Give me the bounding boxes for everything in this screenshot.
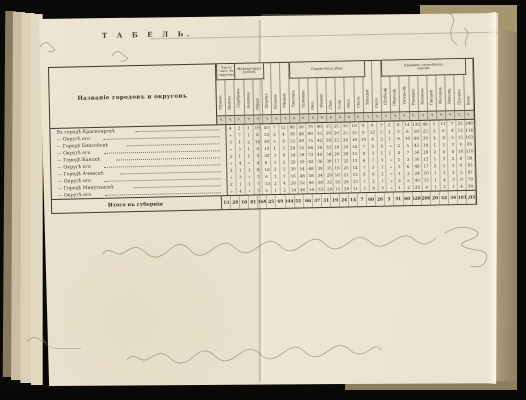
unit-cell: Ч. xyxy=(437,111,446,119)
frame-right xyxy=(517,0,526,400)
data-cell: 14 xyxy=(290,187,299,194)
unit-cell: Ч. xyxy=(465,111,474,119)
unit-cell: К. xyxy=(327,114,336,122)
column-group-header: Справочныя цѣны xyxy=(289,61,365,79)
data-cell: 31 xyxy=(394,192,403,205)
data-cell: 25 xyxy=(267,195,276,208)
corner-header-label: Названіе городовъ и округовъ xyxy=(78,91,188,101)
data-cell: 52 xyxy=(294,194,303,207)
data-cell: 31 xyxy=(322,194,331,207)
data-cell: 1 xyxy=(449,183,458,190)
unit-cell: Ч. xyxy=(373,113,382,121)
data-cell: 1,034 xyxy=(467,191,476,204)
data-cell: 8 xyxy=(369,185,378,192)
unit-cell: К. xyxy=(318,114,327,122)
data-cell: 34 xyxy=(449,191,458,204)
data-cell: 60 xyxy=(403,192,412,205)
data-cell: 66 xyxy=(304,194,313,207)
data-cell: 60 xyxy=(367,193,376,206)
unit-cell: Ч. xyxy=(382,113,391,121)
data-cell: 24 xyxy=(340,193,349,206)
data-cell: 3 xyxy=(254,187,263,194)
unit-cell: Ч. xyxy=(456,111,465,119)
data-cell: 1 xyxy=(272,187,281,194)
column-group-header: Нижнихъ служебныхъ чиновъ xyxy=(381,59,466,77)
data-cell: 49 xyxy=(276,195,285,208)
page-edge-highlight xyxy=(487,12,496,384)
data-cell: 28 xyxy=(325,186,334,193)
statistical-table: Названіе городовъ и округовъ МужскаЖенск… xyxy=(48,58,477,214)
unit-cell: К. xyxy=(345,113,354,121)
data-cell: » xyxy=(228,188,237,195)
data-cell: 15 xyxy=(334,186,343,193)
unit-cell: Ч. xyxy=(391,112,400,120)
data-cell: 528 xyxy=(412,192,421,205)
data-cell: 13 xyxy=(222,196,231,209)
data-cell: 2 xyxy=(440,183,449,190)
unit-cell: Ч. xyxy=(364,113,373,121)
data-cell: 4 xyxy=(237,188,246,195)
unit-cell: Ч. xyxy=(401,112,410,120)
archival-photo: Т А Б Е Л Ь. Названіе городовъ и округов… xyxy=(0,0,526,400)
data-cell: 20 xyxy=(343,185,352,192)
unit-cell: К. xyxy=(309,114,318,122)
unit-cell: Ч. xyxy=(217,116,226,124)
data-cell: 10 xyxy=(240,196,249,209)
table-body: Въ городѣ Красноярскѣ4231945712885670403… xyxy=(50,120,476,213)
data-cell: 101 xyxy=(458,191,467,204)
numeric-columns-header: МужскаЖенскаСеребромъАссигнац.МѣдьюДворя… xyxy=(216,59,474,125)
data-cell: 7 xyxy=(358,193,367,206)
unit-cell: Ч. xyxy=(281,115,290,123)
data-cell: 26 xyxy=(376,193,385,206)
unit-cell: Р. xyxy=(254,115,263,123)
frame-bottom xyxy=(0,390,526,400)
data-cell: 2 xyxy=(281,187,290,194)
under-sheet-corner xyxy=(42,262,81,349)
unit-cell: Ч. xyxy=(263,115,272,123)
data-cell: 5 xyxy=(263,187,272,194)
data-cell: 29 xyxy=(231,196,240,209)
column-headers-row: МужскаЖенскаСеребромъАссигнац.МѣдьюДворя… xyxy=(216,59,474,116)
data-cell: 8 xyxy=(423,184,432,191)
data-cell: 37 xyxy=(313,194,322,207)
data-cell: 169 xyxy=(258,195,267,208)
data-cell: 344 xyxy=(285,195,294,208)
data-cell: 1 xyxy=(431,183,440,190)
unit-cell: Р. xyxy=(245,116,254,124)
data-cell: » xyxy=(245,188,254,195)
data-cell: 200 xyxy=(422,192,431,205)
row-label: Итого въ губерніи xyxy=(52,196,222,213)
unit-cell: Ч. xyxy=(428,112,437,120)
column-group-header: Жертвуемыхъ рублей xyxy=(234,63,264,80)
unit-cell: Ч. xyxy=(272,115,281,123)
data-cell: 5 xyxy=(361,185,370,192)
corner-header-cell: Названіе городовъ и округовъ xyxy=(49,64,217,128)
table-header: Названіе городовъ и округовъ МужскаЖенск… xyxy=(49,59,474,129)
unit-cell: К. xyxy=(300,114,309,122)
data-cell: 19 xyxy=(331,194,340,207)
unit-cell: Ч. xyxy=(226,116,235,124)
unit-cell: Ч. xyxy=(410,112,419,120)
data-cell: 81 xyxy=(249,195,258,208)
unit-cell: К. xyxy=(336,114,345,122)
frame-top xyxy=(0,0,526,5)
data-cell: 1 xyxy=(396,184,405,191)
data-cell: 52 xyxy=(440,191,449,204)
data-cell: 20 xyxy=(431,191,440,204)
unit-cell: К. xyxy=(355,113,364,121)
unit-cell: Р. xyxy=(235,116,244,124)
data-cell: 3 xyxy=(378,185,387,192)
unit-cell: Ч. xyxy=(419,112,428,120)
data-cell: 46 xyxy=(299,186,308,193)
dotted-leader xyxy=(105,192,221,196)
unit-cell: К. xyxy=(290,115,299,123)
data-cell: 4 xyxy=(458,183,467,190)
data-cell: 14 xyxy=(349,193,358,206)
data-cell: 5 xyxy=(385,192,394,205)
data-cell: 11 xyxy=(352,185,361,192)
data-cell: 56 xyxy=(307,186,316,193)
data-cell: 39 xyxy=(467,183,476,190)
data-cell: 20 xyxy=(414,184,423,191)
data-cell: » xyxy=(387,184,396,191)
data-cell: 2 xyxy=(405,184,414,191)
data-cell: 33 xyxy=(316,186,325,193)
unit-cell: Ч. xyxy=(446,111,455,119)
page-title: Т А Б Е Л Ь. xyxy=(102,29,193,40)
